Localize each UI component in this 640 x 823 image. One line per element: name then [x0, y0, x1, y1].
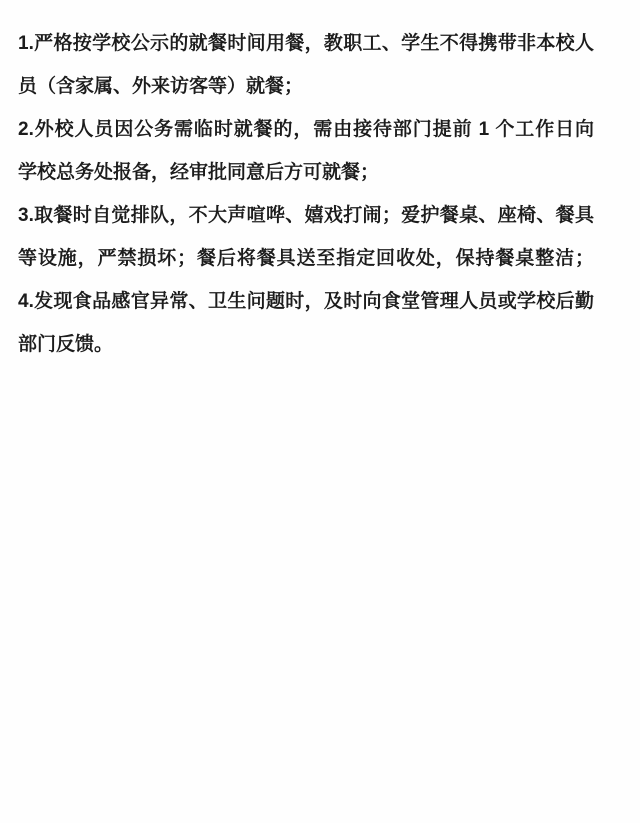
rule-4-line-2: 部门反馈。 [18, 323, 594, 366]
rule-1-line-2: 员（含家属、外来访客等）就餐； [18, 65, 594, 108]
rule-3-line-2: 等设施，严禁损坏；餐后将餐具送至指定回收处，保持餐桌整洁； [18, 237, 594, 280]
rule-4-line-1: 4.发现食品感官异常、卫生问题时，及时向食堂管理人员或学校后勤 [18, 280, 594, 323]
dining-rules-text-block: 1.严格按学校公示的就餐时间用餐，教职工、学生不得携带非本校人 员（含家属、外来… [18, 22, 594, 366]
rule-3-line-1: 3.取餐时自觉排队，不大声喧哗、嬉戏打闹；爱护餐桌、座椅、餐具 [18, 194, 594, 237]
document-page: 1.严格按学校公示的就餐时间用餐，教职工、学生不得携带非本校人 员（含家属、外来… [0, 0, 640, 823]
rule-2-line-2: 学校总务处报备，经审批同意后方可就餐； [18, 151, 594, 194]
rule-item-3: 3.取餐时自觉排队，不大声喧哗、嬉戏打闹；爱护餐桌、座椅、餐具 等设施，严禁损坏… [18, 194, 594, 280]
rule-item-2: 2.外校人员因公务需临时就餐的，需由接待部门提前 1 个工作日向 学校总务处报备… [18, 108, 594, 194]
rule-2-line-1: 2.外校人员因公务需临时就餐的，需由接待部门提前 1 个工作日向 [18, 108, 594, 151]
rule-item-4: 4.发现食品感官异常、卫生问题时，及时向食堂管理人员或学校后勤 部门反馈。 [18, 280, 594, 366]
rule-1-line-1: 1.严格按学校公示的就餐时间用餐，教职工、学生不得携带非本校人 [18, 22, 594, 65]
rule-item-1: 1.严格按学校公示的就餐时间用餐，教职工、学生不得携带非本校人 员（含家属、外来… [18, 22, 594, 108]
